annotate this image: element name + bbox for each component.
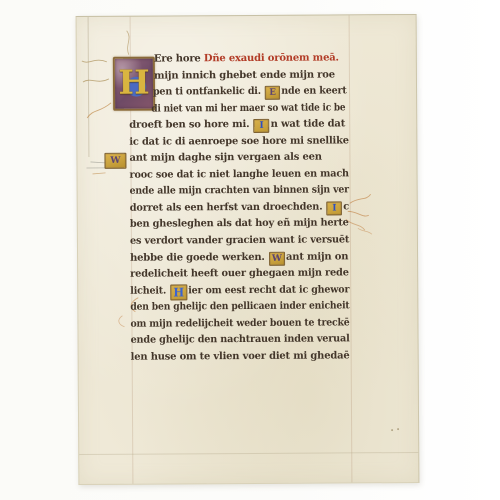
body-text: ant mijn on — [286, 251, 348, 262]
parchment-crease-vertical — [88, 17, 90, 157]
parchment-speck — [397, 428, 399, 430]
manuscript-line: mijn innich ghebet ende mijn roe — [129, 67, 348, 85]
body-text: ende ghelijc den nachtrauen inden verual — [131, 334, 350, 346]
manuscript-line: ben ghesleghen als dat hoy eñ mijn herte — [130, 216, 344, 234]
body-text: len huse om te vlien voer diet mi ghedaē — [131, 350, 350, 362]
body-text: redelicheit heeft ouer ghegaen mijn rede — [130, 267, 349, 279]
text-block: Ere hore Dñe exaudi orōnem meā.mijn inni… — [129, 50, 350, 366]
body-text: mijn innich ghebet ende mijn roe — [154, 69, 335, 81]
illuminated-initial-H: H — [170, 284, 187, 300]
body-text: rooc soe dat ic niet langhe leuen en mac… — [130, 168, 349, 180]
body-text: ant mijn daghe sijn vergaen als een — [129, 152, 321, 164]
manuscript-line: dorret als een herfst van droechden. Ic — [130, 199, 344, 217]
illuminated-initial-I: I — [254, 119, 270, 133]
manuscript-leaf: H Ere hore Dñe exaudi orōnem meā.mijn in… — [76, 14, 420, 485]
body-text: es verdort vander gracien want ic versuē… — [130, 234, 349, 246]
manuscript-line: pen ti ontfankelic di. Ende en keert — [129, 84, 338, 102]
illuminated-initial-I: I — [327, 201, 343, 215]
body-text: ier om eest recht dat ic ghewor — [188, 284, 349, 296]
body-text: droeft ben so hore mi. — [129, 119, 252, 131]
body-text: ende alle mijn crachten van binnen sijn … — [130, 185, 349, 197]
body-text: om mijn redelijcheit weder bouen te trec… — [130, 317, 349, 329]
photo-backdrop: H Ere hore Dñe exaudi orōnem meā.mijn in… — [0, 0, 500, 500]
body-text: hebbe die goede werken. — [130, 251, 268, 263]
manuscript-line: om mijn redelijcheit weder bouen te trec… — [130, 315, 335, 333]
manuscript-line: rooc soe dat ic niet langhe leuen en mac… — [129, 166, 341, 184]
body-text: n wat tide dat — [271, 119, 346, 130]
manuscript-line: ic dat ic di aenroepe soe hore mi snelli… — [129, 133, 345, 151]
manuscript-line: len huse om te vlien voer diet mi ghedaē — [131, 348, 349, 366]
illuminated-initial-E: E — [265, 86, 280, 100]
body-text: pen ti ontfankelic di. — [153, 86, 264, 98]
manuscript-line: es verdort vander gracien want ic versuē… — [130, 232, 344, 250]
manuscript-line: licheit. Hier om eest recht dat ic ghewo… — [130, 282, 339, 300]
manuscript-line: di niet van mi her maer so wat tide ic b… — [129, 100, 324, 118]
body-text: nde en keert — [281, 85, 346, 96]
body-text: ic dat ic di aenroepe soe hore mi snelli… — [129, 135, 349, 147]
manuscript-line: Want mijn daghe sijn vergaen als een — [129, 150, 348, 168]
manuscript-line: Ere hore Dñe exaudi orōnem meā. — [129, 50, 348, 68]
manuscript-line: redelicheit heeft ouer ghegaen mijn rede — [130, 266, 345, 284]
body-text: licheit. — [130, 285, 169, 296]
manuscript-line: ende ghelijc den nachtrauen inden verual — [131, 332, 343, 350]
ruling-line-right — [349, 15, 353, 482]
body-text: ben ghesleghen als dat hoy eñ mijn herte — [130, 218, 349, 230]
parchment-crease-horizontal — [79, 452, 418, 455]
body-text: den ben ghelijc den pellicaen inder enic… — [130, 301, 349, 313]
body-text: dorret als een herfst van droechden. — [130, 201, 326, 213]
illuminated-initial-W: W — [269, 251, 285, 265]
manuscript-line: droeft ben so hore mi. In wat tide dat — [129, 117, 348, 135]
parchment-speck — [391, 429, 393, 431]
body-text: di niet van mi her maer so wat tide ic b… — [151, 102, 345, 114]
manuscript-line: ende alle mijn crachten van binnen sijn … — [130, 183, 335, 201]
manuscript-line: hebbe die goede werken. Want mijn on — [130, 249, 349, 267]
rubric-text: Dñe exaudi orōnem meā. — [204, 52, 339, 64]
body-text: c — [343, 201, 349, 212]
illuminated-initial-W: W — [104, 153, 126, 169]
body-text: Ere hore — [154, 53, 204, 64]
manuscript-line: den ben ghelijc den pellicaen inder enic… — [130, 299, 332, 317]
